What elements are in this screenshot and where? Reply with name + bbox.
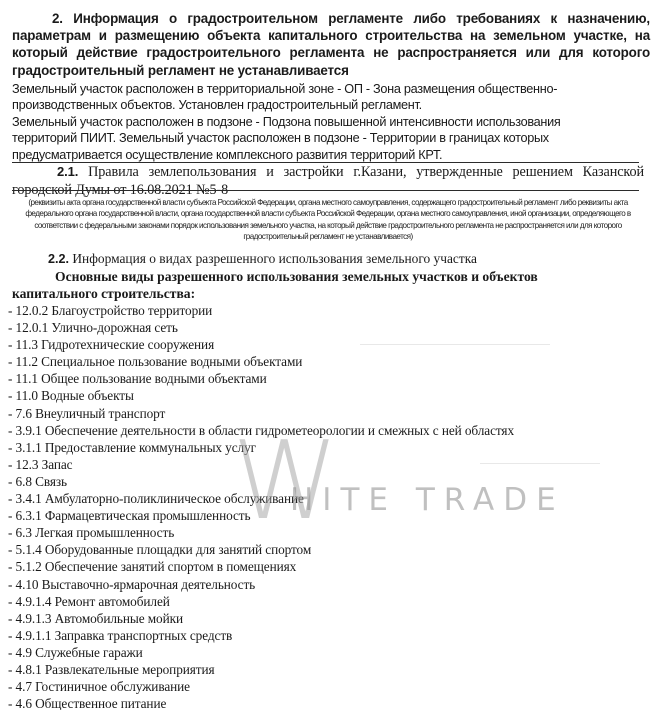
use-list-item: - 4.9.1.1 Заправка транспортных средств — [8, 627, 514, 644]
zone-paragraph-2-line-2: территорий ПИИТ. Земельный участок распо… — [12, 130, 612, 146]
use-list-item: - 12.0.2 Благоустройство территории — [8, 302, 514, 319]
use-list-item: - 7.6 Внеуличный транспорт — [8, 405, 514, 422]
document-page: 2. Информация о градостроительном реглам… — [0, 0, 665, 710]
zone-paragraph-2-line-1: Земельный участок расположен в подзоне -… — [12, 114, 612, 130]
main-uses-heading-line-1: Основные виды разрешенного использования… — [12, 268, 612, 285]
section-2-1-text: Правила землепользования и застройки г.К… — [12, 164, 644, 198]
use-list-item: - 12.3 Запас — [8, 456, 514, 473]
use-list-item: - 3.4.1 Амбулаторно-поликлиническое обсл… — [8, 490, 514, 507]
use-list-item: - 4.9.1.3 Автомобильные мойки — [8, 610, 514, 627]
use-list-item: - 11.2 Специальное пользование водными о… — [8, 353, 514, 370]
use-list-item: - 5.1.2 Обеспечение занятий спортом в по… — [8, 558, 514, 575]
scan-artifact — [360, 344, 550, 345]
scan-artifact — [480, 463, 600, 464]
main-uses-heading-line-2: капитального строительства: — [12, 285, 612, 302]
use-list-item: - 11.0 Водные объекты — [8, 387, 514, 404]
zone-paragraph-2-line-3: предусматривается осуществление комплекс… — [12, 147, 612, 163]
footnote-requisites: (реквизиты акта органа государственной в… — [8, 197, 648, 243]
section-2-2: 2.2. Информация о видах разрешенного исп… — [48, 251, 477, 267]
zone-info: Земельный участок расположен в территори… — [12, 81, 612, 163]
use-list-item: - 4.9.1.4 Ремонт автомобилей — [8, 593, 514, 610]
divider-line — [12, 190, 639, 191]
section-2-heading: 2. Информация о градостроительном реглам… — [12, 10, 650, 79]
main-uses-list: - 12.0.2 Благоустройство территории- 12.… — [8, 302, 514, 710]
zone-paragraph-1: Земельный участок расположен в территори… — [12, 81, 612, 114]
use-list-item: - 4.9 Служебные гаражи — [8, 644, 514, 661]
use-list-item: - 6.8 Связь — [8, 473, 514, 490]
use-list-item: - 3.9.1 Обеспечение деятельности в облас… — [8, 422, 514, 439]
section-2-title: Информация о градостроительном регламент… — [12, 11, 650, 78]
use-list-item: - 3.1.1 Предоставление коммунальных услу… — [8, 439, 514, 456]
use-list-item: - 12.0.1 Улично-дорожная сеть — [8, 319, 514, 336]
use-list-item: - 4.6 Общественное питание — [8, 695, 514, 710]
use-list-item: - 5.1.4 Оборудованные площадки для занят… — [8, 541, 514, 558]
use-list-item: - 11.1 Общее пользование водными объекта… — [8, 370, 514, 387]
use-list-item: - 6.3 Легкая промышленность — [8, 524, 514, 541]
main-uses-heading: Основные виды разрешенного использования… — [12, 268, 612, 302]
section-2-2-text: Информация о видах разрешенного использо… — [72, 251, 477, 266]
section-2-2-number: 2.2. — [48, 252, 69, 266]
section-2-number: 2. — [12, 11, 63, 26]
use-list-item: - 4.10 Выставочно-ярмарочная деятельност… — [8, 576, 514, 593]
use-list-item: - 4.7 Гостиничное обслуживание — [8, 678, 514, 695]
use-list-item: - 6.3.1 Фармацевтическая промышленность — [8, 507, 514, 524]
section-2-1: 2.1. Правила землепользования и застройк… — [12, 163, 644, 199]
use-list-item: - 4.8.1 Развлекательные мероприятия — [8, 661, 514, 678]
section-2-1-number: 2.1. — [12, 164, 78, 179]
